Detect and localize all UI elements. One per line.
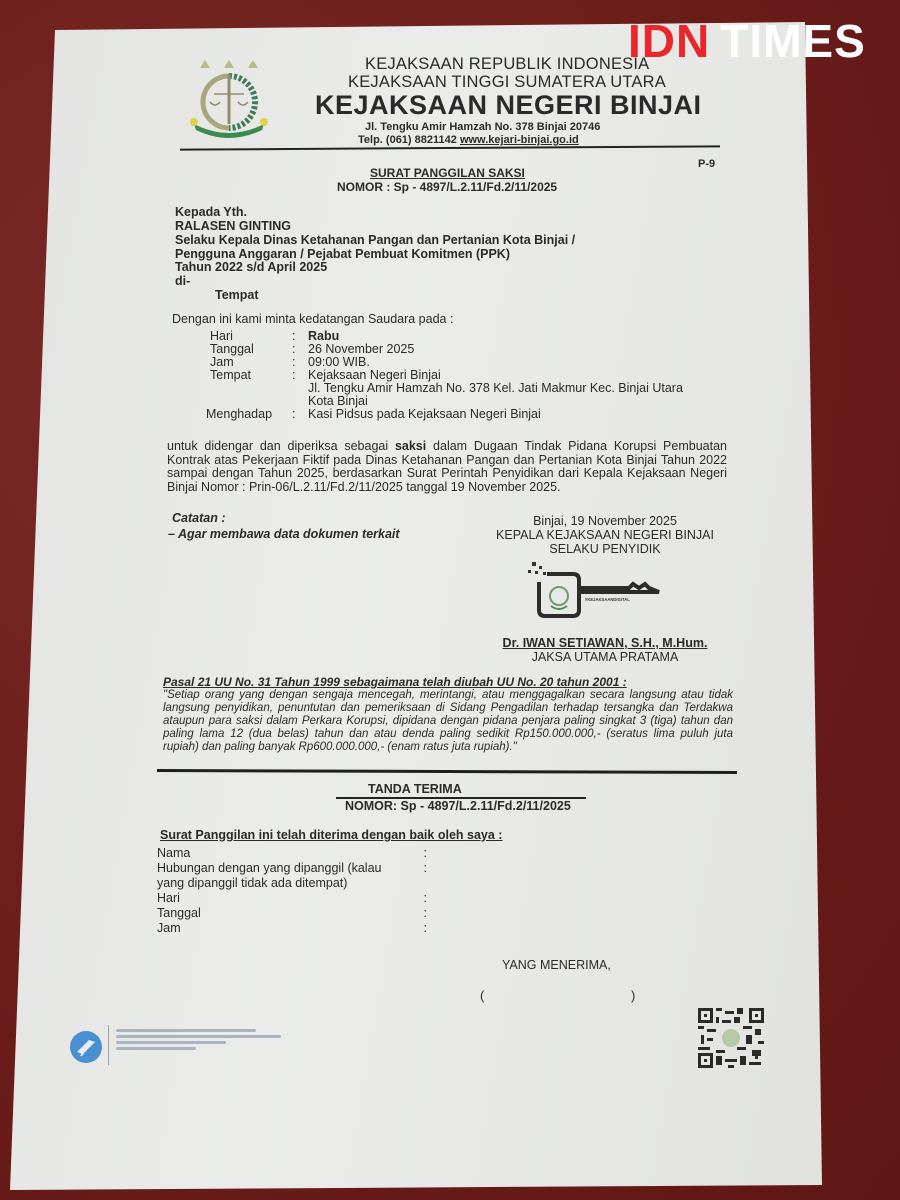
schedule-row-report-to: Menghadap:Kasi Pidsus pada Kejaksaan Neg… (206, 408, 683, 421)
footer-divider (108, 1025, 109, 1065)
signature-header: Binjai, 19 November 2025 KEPALA KEJAKSAA… (450, 514, 760, 556)
qr-code-icon (698, 1008, 764, 1068)
recipient-role-line-1: Selaku Kepala Dinas Ketahanan Pangan dan… (175, 233, 575, 247)
schedule-row-place-address: Jl. Tengku Amir Hamzah No. 378 Kel. Jati… (210, 382, 683, 395)
schedule-table: Hari:Rabu Tanggal:26 November 2025 Jam:0… (210, 330, 683, 421)
receiver-label: YANG MENERIMA, (502, 958, 611, 972)
receiver-signature-open: ( (480, 988, 484, 1003)
document-number: NOMOR : Sp - 4897/L.2.11/Fd.2/11/2025 (337, 180, 557, 194)
schedule-row-time: Jam:09:00 WIB. (210, 356, 683, 369)
recipient-role-line-2: Pengguna Anggaran / Pejabat Pembuat Komi… (175, 247, 510, 261)
schedule-value: Kasi Pidsus pada Kejaksaan Negeri Binjai (308, 408, 541, 421)
note-item: – Agar membawa data dokumen terkait (168, 527, 400, 541)
summons-intro: Dengan ini kami minta kedatangan Saudara… (172, 312, 453, 326)
signer-block: Dr. IWAN SETIAWAN, S.H., M.Hum. JAKSA UT… (450, 636, 760, 664)
recipient-role-line-3: Tahun 2022 s/d April 2025 (175, 260, 327, 274)
receipt-number: NOMOR: Sp - 4897/L.2.11/Fd.2/11/2025 (345, 799, 571, 813)
schedule-row-date: Tanggal:26 November 2025 (210, 343, 683, 356)
witness-emphasis: saksi (395, 439, 426, 453)
signature-place-date: Binjai, 19 November 2025 (450, 514, 760, 528)
schedule-row-day: Hari:Rabu (210, 330, 683, 343)
receipt-field-time[interactable]: Jam: (157, 921, 427, 936)
receipt-field-name[interactable]: Nama: (157, 846, 427, 861)
schedule-label: Tempat (210, 369, 292, 382)
signer-name: Dr. IWAN SETIAWAN, S.H., M.Hum. (450, 636, 760, 650)
note-heading: Catatan : (172, 511, 225, 525)
document-title: SURAT PANGGILAN SAKSI (370, 166, 525, 180)
recipient-place: Tempat (215, 288, 259, 302)
receipt-field-relationship-cont: yang dipanggil tidak ada ditempat) (157, 876, 427, 891)
idn-times-watermark: IDNTIMES (628, 14, 866, 68)
signature-office: KEPALA KEJAKSAAN NEGERI BINJAI (450, 528, 760, 542)
legal-basis-text: "Setiap orang yang dengan sengaja menceg… (163, 689, 733, 754)
kejaksaan-digital-key-icon: #KEJAKSAANDIGITAL (525, 560, 665, 620)
recipient-name: RALASEN GINTING (175, 219, 291, 233)
receipt-field-relationship[interactable]: Hubungan dengan yang dipanggil (kalau: (157, 861, 427, 876)
form-code: P-9 (698, 158, 715, 170)
receipt-intro: Surat Panggilan ini telah diterima denga… (160, 828, 502, 842)
letterhead-line-1: KEJAKSAAN REPUBLIK INDONESIA (365, 55, 649, 74)
recipient-di: di- (175, 274, 190, 288)
summons-paragraph: untuk didengar dan diperiksa sebagai sak… (167, 440, 727, 494)
footer-electronic-signature-notice (116, 1029, 281, 1053)
bsre-electronic-signature-icon (69, 1030, 103, 1064)
receiver-signature-close: ) (631, 988, 635, 1003)
letterhead-website-link[interactable]: www.kejari-binjai.go.id (460, 134, 579, 146)
svg-text:#KEJAKSAANDIGITAL: #KEJAKSAANDIGITAL (585, 597, 630, 602)
watermark-times: TIMES (720, 15, 866, 67)
receipt-field-date[interactable]: Tanggal: (157, 906, 427, 921)
kejaksaan-emblem-icon (186, 58, 272, 142)
receipt-title: TANDA TERIMA (368, 782, 462, 796)
recipient-salutation: Kepada Yth. (175, 205, 247, 219)
signature-capacity: SELAKU PENYIDIK (450, 542, 760, 556)
receipt-field-day[interactable]: Hari: (157, 891, 427, 906)
receipt-form: Nama: Hubungan dengan yang dipanggil (ka… (157, 846, 427, 936)
letterhead-office-name: KEJAKSAAN NEGERI BINJAI (315, 90, 702, 121)
letterhead-phone: Telp. (061) 8821142 (358, 134, 457, 146)
signer-rank: JAKSA UTAMA PRATAMA (450, 650, 760, 664)
letterhead-address: Jl. Tengku Amir Hamzah No. 378 Binjai 20… (365, 121, 600, 133)
legal-basis-heading: Pasal 21 UU No. 31 Tahun 1999 sebagaiman… (163, 675, 627, 689)
schedule-label: Menghadap (206, 408, 292, 421)
letterhead-contact: Telp. (061) 8821142 www.kejari-binjai.go… (358, 134, 579, 146)
